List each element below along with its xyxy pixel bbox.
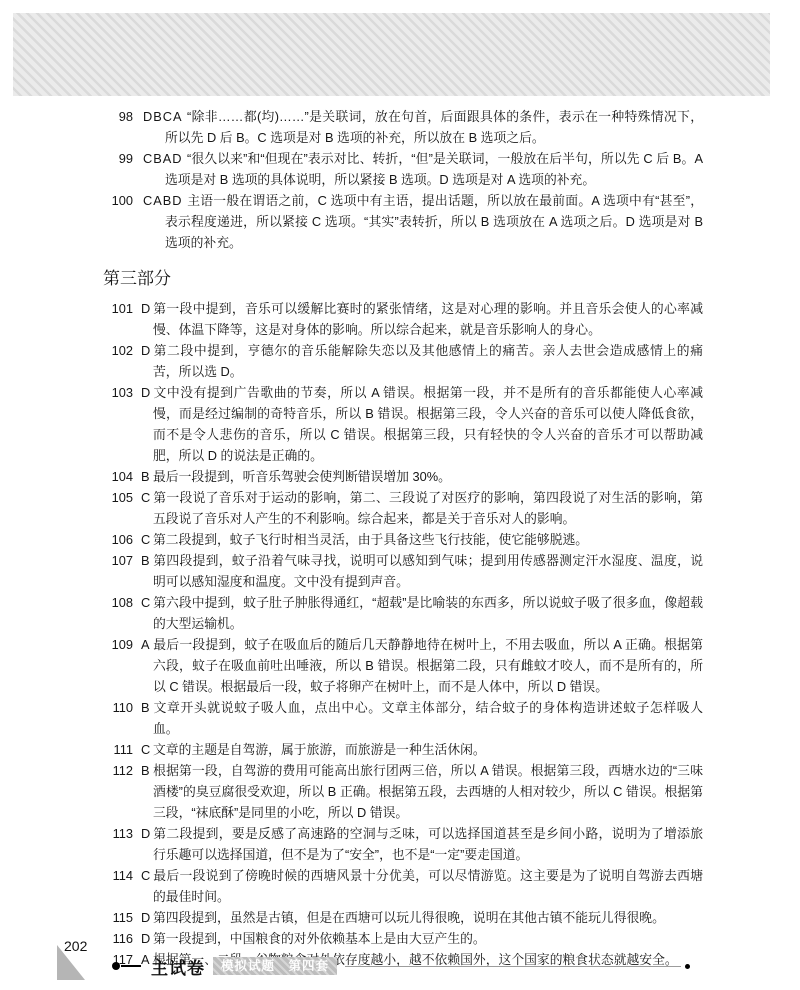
item-number: 112 — [103, 760, 133, 781]
item-explanation: 第四段提到，虽然是古镇，但是在西塘可以玩儿得很晚，说明在其他古镇不能玩儿得很晚。 — [153, 910, 665, 925]
answer-item: 113D第二段提到，要是反感了高速路的空洞与乏味，可以选择国道甚至是乡间小路，说… — [103, 823, 703, 865]
item-answer: CBAD — [143, 148, 187, 169]
item-answer: A — [141, 634, 153, 655]
item-explanation: “除非……都(均)……”是关联词，放在句首，后面跟具体的条件，表示在一种特殊情况… — [165, 109, 703, 145]
item-explanation: 根据第一段，自驾游的费用可能高出旅行团两三倍，所以 A 错误。根据第三段，西塘水… — [153, 763, 703, 820]
item-number: 108 — [103, 592, 133, 613]
item-number: 115 — [103, 907, 133, 928]
footer-dot-right-icon — [685, 964, 690, 969]
item-answer: C — [141, 739, 153, 760]
item-answer: C — [141, 487, 153, 508]
page-footer: 主试卷 模拟试题 第四套 — [112, 956, 690, 976]
item-answer: D — [141, 382, 153, 403]
item-number: 106 — [103, 529, 133, 550]
item-explanation: 文中没有提到广告歌曲的节奏，所以 A 错误。根据第一段，并不是所有的音乐都能使人… — [153, 385, 703, 463]
section-heading: 第三部分 — [103, 267, 703, 291]
item-explanation: 主语一般在谓语之前，C 选项中有主语，提出话题，所以放在最前面。A 选项中有“甚… — [165, 193, 703, 250]
footer-rule-line — [345, 966, 681, 967]
item-explanation: 最后一段提到，蚊子在吸血后的随后几天静静地待在树叶上，不用去吸血，所以 A 正确… — [153, 637, 703, 694]
item-number: 111 — [103, 739, 133, 760]
answer-explanations: 98DBCA“除非……都(均)……”是关联词，放在句首，后面跟具体的条件，表示在… — [103, 106, 703, 970]
answer-item: 105C第一段说了音乐对于运动的影响，第二、三段说了对医疗的影响，第四段说了对生… — [103, 487, 703, 529]
item-answer: D — [141, 907, 153, 928]
answer-item: 101D第一段中提到，音乐可以缓解比赛时的紧张情绪，这是对心理的影响。并且音乐会… — [103, 298, 703, 340]
item-explanation: “很久以来”和“但现在”表示对比、转折，“但”是关联词，一般放在后半句，所以先 … — [165, 151, 703, 187]
item-explanation: 文章开头就说蚊子吸人血，点出中心。文章主体部分，结合蚊子的身体构造讲述蚊子怎样吸… — [153, 700, 703, 736]
item-answer: D — [141, 340, 153, 361]
answer-item: 110B文章开头就说蚊子吸人血，点出中心。文章主体部分，结合蚊子的身体构造讲述蚊… — [103, 697, 703, 739]
answer-item: 107B第四段提到，蚊子沿着气味寻找，说明可以感知到气味；提到用传感器测定汗水湿… — [103, 550, 703, 592]
item-explanation: 第二段提到，要是反感了高速路的空洞与乏味，可以选择国道甚至是乡间小路，说明为了增… — [153, 826, 703, 862]
item-number: 103 — [103, 382, 133, 403]
answer-item: 100CABD主语一般在谓语之前，C 选项中有主语，提出话题，所以放在最前面。A… — [103, 190, 703, 253]
item-answer: C — [141, 865, 153, 886]
item-number: 99 — [103, 148, 133, 169]
item-explanation: 第一段中提到，音乐可以缓解比赛时的紧张情绪，这是对心理的影响。并且音乐会使人的心… — [153, 301, 703, 337]
item-number: 110 — [103, 697, 133, 718]
answer-item: 111C文章的主题是自驾游，属于旅游，而旅游是一种生活休闲。 — [103, 739, 703, 760]
part2-answer-list: 98DBCA“除非……都(均)……”是关联词，放在句首，后面跟具体的条件，表示在… — [103, 106, 703, 253]
page-number: 202 — [64, 938, 87, 954]
item-explanation: 第二段中提到，亨德尔的音乐能解除失恋以及其他感情上的痛苦。亲人去世会造成感情上的… — [153, 343, 703, 379]
item-number: 104 — [103, 466, 133, 487]
answer-item: 112B根据第一段，自驾游的费用可能高出旅行团两三倍，所以 A 错误。根据第三段… — [103, 760, 703, 823]
item-number: 105 — [103, 487, 133, 508]
item-answer: D — [141, 928, 153, 949]
item-number: 101 — [103, 298, 133, 319]
part3-answer-list: 101D第一段中提到，音乐可以缓解比赛时的紧张情绪，这是对心理的影响。并且音乐会… — [103, 298, 703, 970]
answer-item: 108C第六段中提到，蚊子肚子肿胀得通红，“超载”是比喻装的东西多，所以说蚊子吸… — [103, 592, 703, 634]
footer-badge: 模拟试题 第四套 — [213, 957, 337, 975]
item-answer: CABD — [143, 190, 187, 211]
item-answer: B — [141, 760, 153, 781]
item-explanation: 第一段提到，中国粮食的对外依赖基本上是由大豆产生的。 — [153, 931, 486, 946]
footer-volume-label: 主试卷 — [151, 954, 205, 979]
answer-item: 99CBAD“很久以来”和“但现在”表示对比、转折，“但”是关联词，一般放在后半… — [103, 148, 703, 190]
item-number: 107 — [103, 550, 133, 571]
item-explanation: 第四段提到，蚊子沿着气味寻找，说明可以感知到气味；提到用传感器测定汗水湿度、温度… — [153, 553, 703, 589]
answer-item: 104B最后一段提到，听音乐驾驶会使判断错误增加 30%。 — [103, 466, 703, 487]
item-answer: B — [141, 697, 153, 718]
item-answer: DBCA — [143, 106, 187, 127]
item-number: 109 — [103, 634, 133, 655]
answer-item: 115D第四段提到，虽然是古镇，但是在西塘可以玩儿得很晚，说明在其他古镇不能玩儿… — [103, 907, 703, 928]
item-answer: C — [141, 592, 153, 613]
item-explanation: 第六段中提到，蚊子肚子肿胀得通红，“超载”是比喻装的东西多，所以说蚊子吸了很多血… — [153, 595, 703, 631]
answer-item: 98DBCA“除非……都(均)……”是关联词，放在句首，后面跟具体的条件，表示在… — [103, 106, 703, 148]
footer-dash — [121, 965, 141, 967]
item-number: 102 — [103, 340, 133, 361]
item-answer: D — [141, 823, 153, 844]
answer-item: 102D第二段中提到，亨德尔的音乐能解除失恋以及其他感情上的痛苦。亲人去世会造成… — [103, 340, 703, 382]
item-explanation: 第二段提到，蚊子飞行时相当灵活，由于具备这些飞行技能，使它能够脱逃。 — [153, 532, 588, 547]
item-answer: B — [141, 550, 153, 571]
item-explanation: 最后一段说到了傍晚时候的西塘风景十分优美，可以尽情游览。这主要是为了说明自驾游去… — [153, 868, 703, 904]
item-answer: D — [141, 298, 153, 319]
item-explanation: 最后一段提到，听音乐驾驶会使判断错误增加 30%。 — [153, 469, 451, 484]
hatched-top-banner — [13, 13, 770, 96]
footer-dot-left-icon — [112, 962, 120, 970]
answer-item: 106C第二段提到，蚊子飞行时相当灵活，由于具备这些飞行技能，使它能够脱逃。 — [103, 529, 703, 550]
item-number: 116 — [103, 928, 133, 949]
answer-item: 103D文中没有提到广告歌曲的节奏，所以 A 错误。根据第一段，并不是所有的音乐… — [103, 382, 703, 466]
item-explanation: 文章的主题是自驾游，属于旅游，而旅游是一种生活休闲。 — [153, 742, 486, 757]
answer-item: 109A最后一段提到，蚊子在吸血后的随后几天静静地待在树叶上，不用去吸血，所以 … — [103, 634, 703, 697]
item-number: 114 — [103, 865, 133, 886]
item-number: 100 — [103, 190, 133, 211]
item-answer: C — [141, 529, 153, 550]
answer-item: 114C最后一段说到了傍晚时候的西塘风景十分优美，可以尽情游览。这主要是为了说明… — [103, 865, 703, 907]
item-number: 113 — [103, 823, 133, 844]
item-answer: B — [141, 466, 153, 487]
item-explanation: 第一段说了音乐对于运动的影响，第二、三段说了对医疗的影响，第四段说了对生活的影响… — [153, 490, 703, 526]
item-number: 98 — [103, 106, 133, 127]
answer-item: 116D第一段提到，中国粮食的对外依赖基本上是由大豆产生的。 — [103, 928, 703, 949]
